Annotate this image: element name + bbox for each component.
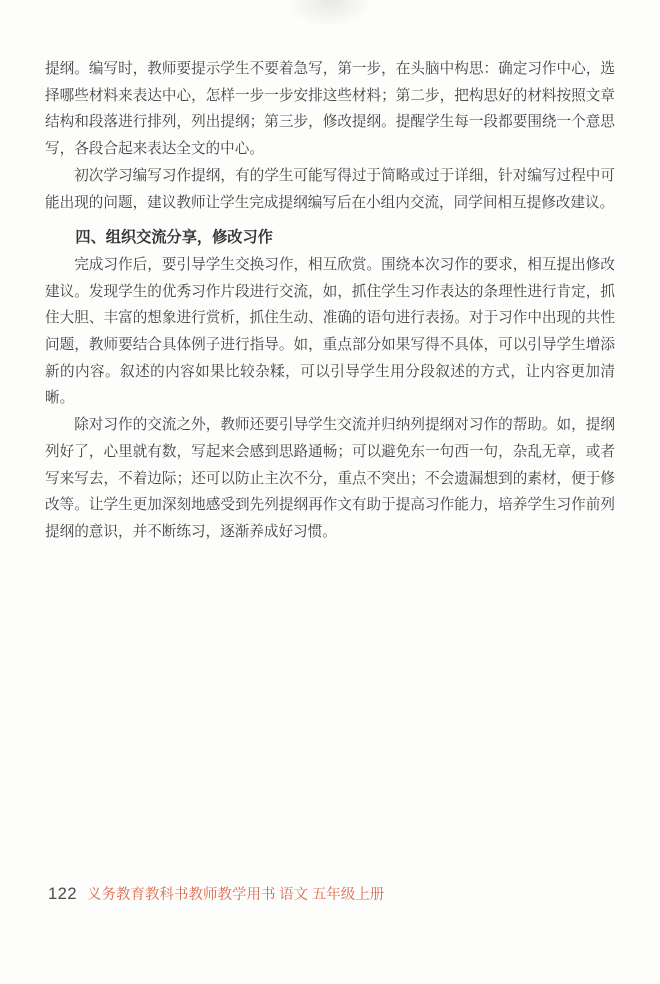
- page-body: 提纲。编写时，教师要提示学生不要着急写，第一步，在头脑中构思：确定习作中心，选择…: [45, 56, 615, 546]
- scan-smudge: [290, 0, 370, 26]
- page-footer: 122 义务教育教科书教师教学用书 语文 五年级上册: [48, 883, 384, 904]
- book-page: 提纲。编写时，教师要提示学生不要着急写，第一步，在头脑中构思：确定习作中心，选择…: [0, 0, 660, 984]
- paragraph-continuation: 提纲。编写时，教师要提示学生不要着急写，第一步，在头脑中构思：确定习作中心，选择…: [45, 56, 615, 163]
- paragraph-outline-practice: 初次学习编写习作提纲，有的学生可能写得过于简略或过于详细，针对编写过程中可能出现…: [45, 163, 615, 216]
- section-heading: 四、组织交流分享，修改习作: [45, 225, 615, 252]
- paragraph-outline-benefits: 除对习作的交流之外，教师还要引导学生交流并归纳列提纲对习作的帮助。如，提纲列好了…: [45, 412, 615, 546]
- paragraph-exchange-appreciate: 完成习作后，要引导学生交换习作，相互欣赏。围绕本次习作的要求，相互提出修改建议。…: [45, 252, 615, 412]
- book-title: 义务教育教科书教师教学用书 语文 五年级上册: [87, 883, 384, 904]
- page-number: 122: [48, 885, 77, 904]
